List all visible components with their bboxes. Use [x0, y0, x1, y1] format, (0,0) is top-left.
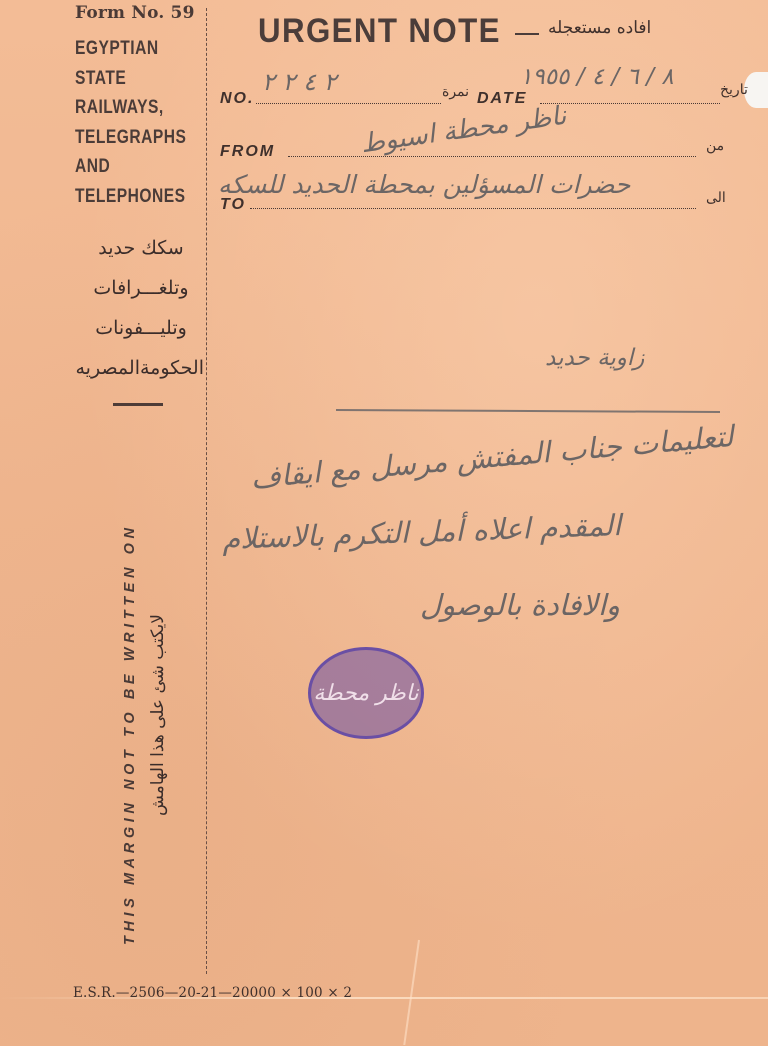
organization-name-ar: سكك حديد وتلغـــرافات وتليـــفونات الحكو… [78, 228, 204, 388]
org-line-ar: وتلغـــرافات [78, 268, 204, 308]
org-line-ar: سكك حديد [78, 228, 204, 268]
date-value: ٨ / ٦ / ٤ / ١٩٥٥ [520, 64, 674, 90]
official-seal-stamp: ناظر محطة [308, 647, 424, 739]
to-label-ar: الى [706, 190, 726, 206]
margin-warning-ar: لايكتب شئ على هذا الهامش [148, 614, 168, 816]
subject-line: زاوية حديد [545, 345, 644, 371]
org-line: TELEPHONES [75, 182, 186, 212]
date-label-ar: تاريخ [720, 82, 748, 98]
no-field-line[interactable] [256, 103, 441, 104]
org-line: STATE [75, 64, 186, 94]
to-field-line[interactable] [250, 208, 696, 209]
org-line: AND [75, 152, 186, 182]
body-line: والافادة بالوصول [420, 588, 620, 622]
from-field-line[interactable] [288, 156, 696, 157]
from-label: FROM [220, 143, 275, 161]
date-label: DATE [477, 90, 527, 108]
stamp-text: ناظر محطة [313, 681, 418, 706]
organization-name-en: EGYPTIAN STATE RAILWAYS, TELEGRAPHS AND … [75, 34, 211, 211]
printer-imprint: E.S.R.—2506—20-21—20000 × 100 × 2 [73, 985, 352, 1001]
no-value: ٢ ٤ ٢ ٢ [262, 68, 336, 96]
from-label-ar: من [706, 138, 724, 154]
form-title-ar: افاده مستعجله [548, 18, 651, 38]
title-dash [515, 33, 539, 35]
org-line: RAILWAYS, [75, 93, 186, 123]
org-line-ar: الحكومةالمصريه [78, 348, 204, 388]
form-title: URGENT NOTE [258, 12, 501, 51]
date-field-line[interactable] [540, 103, 720, 104]
org-line-ar: وتليـــفونات [78, 308, 204, 348]
form-number: Form No. 59 [75, 3, 195, 23]
no-label-ar: نمرة [442, 84, 469, 100]
org-line: EGYPTIAN [75, 34, 186, 64]
no-label: NO. [220, 90, 254, 108]
to-value: حضرات المسؤلين بمحطة الحديد للسكه [218, 170, 630, 199]
divider [113, 403, 163, 406]
margin-rule [206, 8, 207, 974]
margin-warning-en: THIS MARGIN NOT TO BE WRITTEN ON [122, 523, 138, 945]
org-line: TELEGRAPHS [75, 123, 186, 153]
